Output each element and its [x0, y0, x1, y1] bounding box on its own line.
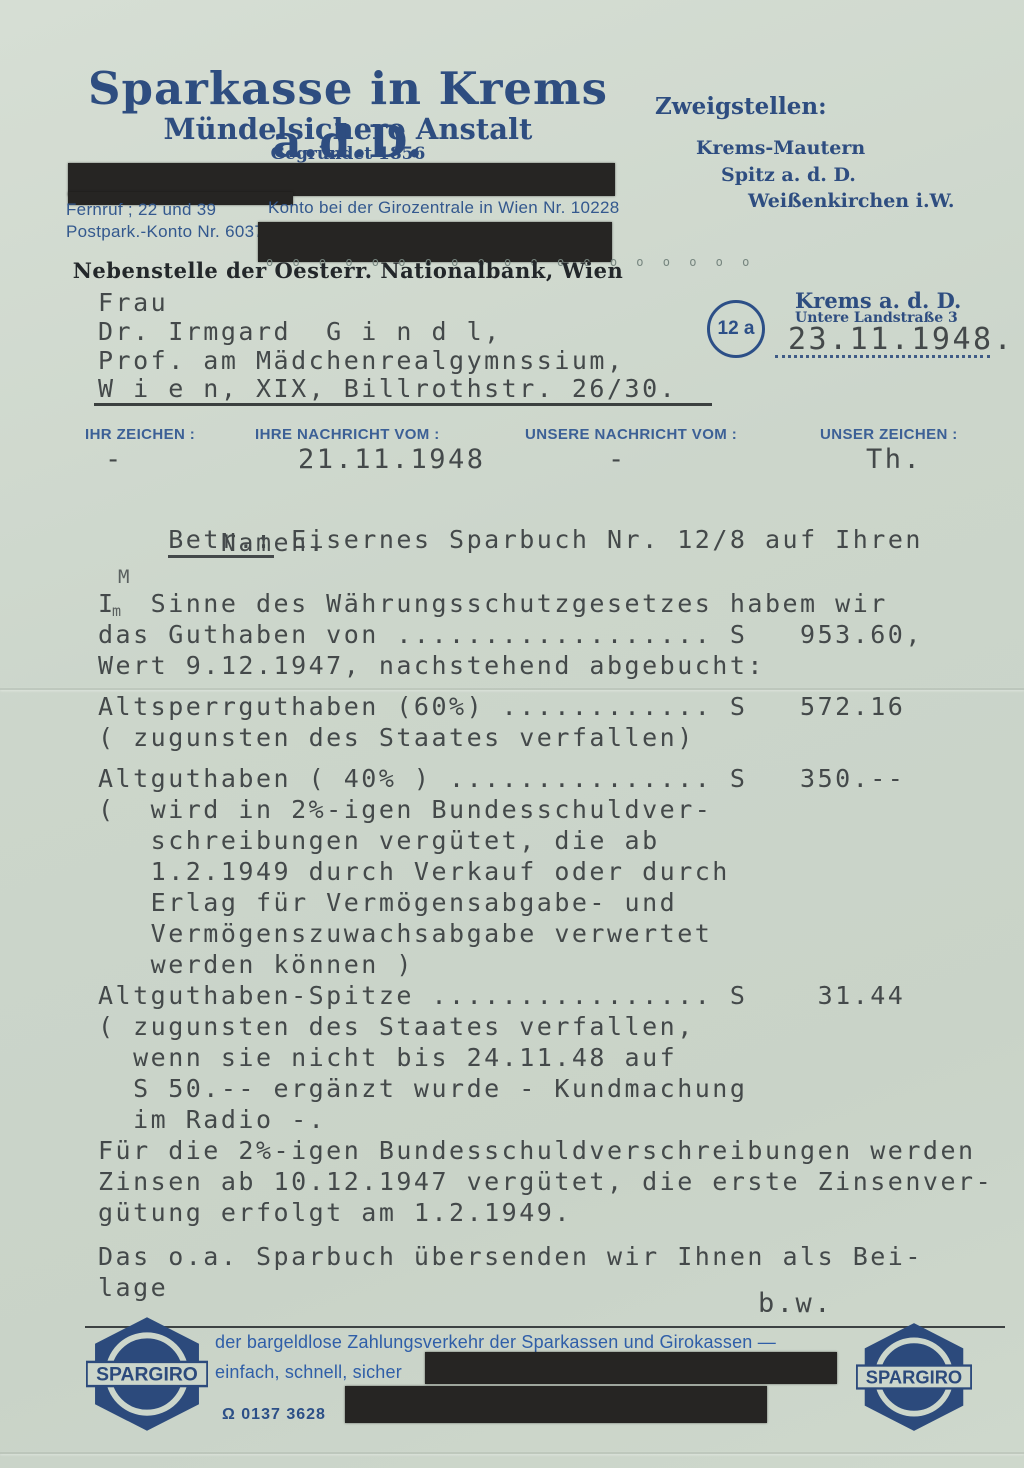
body-line: Altguthaben ( 40% ) ............... S 35… [98, 763, 993, 794]
body-line: Altsperrguthaben (60%) ............ S 57… [98, 691, 993, 722]
recipient-occupation: Prof. am Mädchenrealgymnssium, [98, 346, 625, 375]
body-line: S 50.-- ergänzt wurde - Kundmachung [98, 1073, 993, 1104]
body-line: wenn sie nicht bis 24.11.48 auf [98, 1042, 993, 1073]
body-line: Für die 2%-igen Bundesschuldverschreibun… [98, 1135, 993, 1166]
body-line: ( wird in 2%-igen Bundesschuldver- [98, 794, 993, 825]
ref-value-ihre-nachricht: 21.11.1948 [298, 444, 486, 475]
branch-item: Spitz a. d. D. [721, 164, 856, 186]
ref-label-ihre-nachricht: IHRE NACHRICHT VOM : [255, 426, 440, 443]
ref-label-unsere-nachricht: UNSERE NACHRICHT VOM : [525, 426, 737, 443]
subject-line2: Namen. [98, 528, 326, 557]
phone-line: Fernruf ; 22 und 39 [66, 200, 216, 220]
body-line: lage [98, 1272, 993, 1303]
postal-zone-stamp: 12 a [707, 300, 765, 358]
body-line: ( zugunsten des Staates verfallen) [98, 722, 993, 753]
recipient-address: W i e n, XIX, Billrothstr. 26/30. [98, 374, 677, 403]
body-line: ( zugunsten des Staates verfallen, [98, 1011, 993, 1042]
footer-slogan-line1: der bargeldlose Zahlungsverkehr der Spar… [215, 1332, 776, 1353]
typed-correction-m: M [118, 566, 129, 588]
ref-label-ihr-zeichen: IHR ZEICHEN : [85, 426, 195, 443]
ref-value-unsere-nachricht: - [608, 444, 627, 475]
body-line: im Radio -. [98, 1104, 993, 1135]
bw-note: b.w. [758, 1288, 833, 1319]
spargiro-logo-text: SPARGIRO [96, 1365, 198, 1386]
giro-account-line: Konto bei der Girozentrale in Wien Nr. 1… [268, 198, 620, 218]
body-line: das Guthaben von .................. S 95… [98, 619, 993, 650]
ref-value-unser-zeichen: Th. [866, 444, 922, 475]
paper-crease [0, 1452, 1024, 1454]
postal-zone-label: 12 a [718, 318, 755, 340]
body-line: Wert 9.12.1947, nachstehend abgebucht: [98, 650, 993, 681]
body-line: schreibungen vergütet, die ab [98, 825, 993, 856]
redaction-bar [345, 1386, 767, 1423]
body-line: 1.2.1949 durch Verkauf oder durch [98, 856, 993, 887]
spargiro-logo-right: SPARGIRO [856, 1322, 972, 1432]
spargiro-logo-text: SPARGIRO [866, 1366, 962, 1387]
branch-item: Krems-Mautern [696, 137, 865, 159]
body-line: gütung erfolgt am 1.2.1949. [98, 1197, 993, 1228]
spargiro-logo-left: SPARGIRO [86, 1316, 208, 1432]
body-line: Zinsen ab 10.12.1947 vergütet, die erste… [98, 1166, 993, 1197]
body-line: Erlag für Vermögensabgabe- und [98, 887, 993, 918]
body-line: I Sinne des Währungsschutzgesetzes habem… [98, 588, 993, 619]
print-code: Ω 0137 3628 [222, 1406, 326, 1424]
footer-slogan-line2: einfach, schnell, sicher [215, 1362, 402, 1383]
recipient-name: Dr. Irmgard G i n d l, [98, 317, 502, 346]
ref-value-ihr-zeichen: - [105, 444, 124, 475]
ref-label-unser-zeichen: UNSER ZEICHEN : [820, 426, 958, 443]
body-line: Das o.a. Sparbuch übersenden wir Ihnen a… [98, 1241, 993, 1272]
letter-date: 23.11.1948. [788, 322, 1014, 357]
branches-title: Zweigstellen: [655, 93, 827, 120]
body-line: werden können ) [98, 949, 993, 980]
body-line: Altguthaben-Spitze ................ S 31… [98, 980, 993, 1011]
body-line: Vermögenszuwachsabgabe verwertet [98, 918, 993, 949]
body-text: I Sinne des Währungsschutzgesetzes habem… [98, 588, 993, 1303]
address-underline [94, 403, 712, 406]
subject-text: Eisernes Sparbuch Nr. 12/8 auf Ihren [274, 525, 923, 554]
bank-subtitle: Mündelsichere Anstalt [68, 112, 628, 146]
recipient-salutation: Frau [98, 288, 168, 317]
redaction-bar [425, 1352, 837, 1384]
postal-account-line: Postpark.-Konto Nr. 60371 [66, 222, 274, 242]
founded-line: Gegründet 1856 [68, 144, 628, 164]
stamp-dotted-line [775, 355, 990, 358]
branch-item: Weißenkirchen i.W. [748, 190, 955, 212]
nebenstelle-line: Nebenstelle der Oesterr. Nationalbank, W… [68, 258, 628, 283]
